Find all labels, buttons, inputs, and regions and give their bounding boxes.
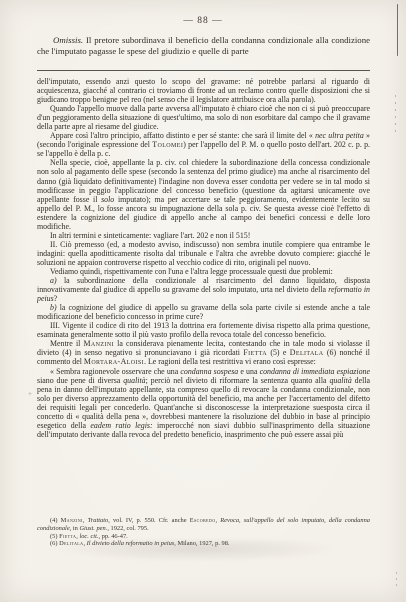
paragraph: II. Ciò premesso (ed, a modesto avviso, … — [37, 240, 370, 267]
paragraph: Nella specie, cioè, appellante la p. civ… — [37, 158, 370, 230]
paragraph: Appare così l'altro principio, affatto d… — [37, 131, 370, 158]
separator-rule — [37, 70, 370, 71]
intro-paragraph-block: Omissis. Il pretore subordinava il benef… — [37, 35, 370, 58]
paragraph: dell'imputato, essendo anzi questo lo sc… — [37, 77, 370, 104]
page-number: — 88 — — [0, 16, 406, 26]
paragraph: « Sembra ragionevole osservare che una c… — [37, 367, 370, 439]
margin-plus-mark: + — [28, 390, 32, 398]
scan-dots-artifact — [395, 95, 396, 135]
scan-dots-artifact-bottom — [396, 572, 397, 590]
paragraph: III. Vigente il codice di rito del 1913 … — [37, 321, 370, 339]
paragraph: Mentre il Manzini la considerava piename… — [37, 339, 370, 366]
scanned-book-page: + — 88 — Omissis. Il pretore subordinava… — [0, 0, 406, 602]
footnote-4: (4) Manzini, Trattato, vol. IV, p. 550. … — [37, 517, 370, 533]
paragraph: a) la subordinazione della condizionale … — [37, 276, 370, 303]
paragraph: Omissis. Il pretore subordinava il benef… — [37, 35, 370, 58]
paragraph: In altri termini e sinteticamente: vagli… — [37, 231, 370, 240]
scan-edge-line-artifact — [397, 4, 399, 56]
paragraph: Vediamo quindi, rispettivamente con l'un… — [37, 267, 370, 276]
body-text-block: dell'imputato, essendo anzi questo lo sc… — [37, 77, 370, 513]
show-through-smudge — [55, 540, 340, 562]
paragraph: b) la cognizione del giudice di appello … — [37, 303, 370, 321]
paragraph: Quando l'appello muove dalla parte avver… — [37, 104, 370, 131]
